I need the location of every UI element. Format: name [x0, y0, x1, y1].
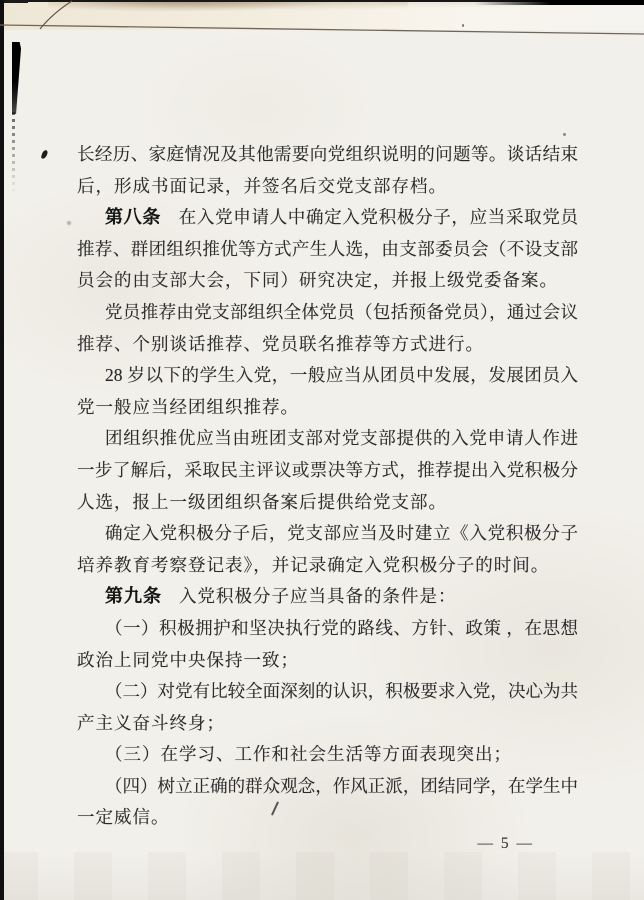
text-line: 第八条在入党申请人中确定入党积极分子，应当采取党员 [77, 202, 578, 234]
text-line: 后，形成书面记录，并签名后交党支部存档。 [77, 171, 578, 203]
text-line: 培养教育考察登记表》，并记录确定入党积极分子的时间。 [77, 550, 578, 582]
article-number-heading: 第九条 [105, 586, 162, 606]
text-line: 推荐、个别谈话推荐、党员联名推荐等方式进行。 [77, 329, 578, 361]
text-line: 党一般应当经团组织推荐。 [77, 392, 578, 424]
article-number-heading: 第八条 [105, 207, 161, 227]
binding-shadow-blob [12, 42, 21, 114]
text-line: （三）在学习、工作和社会生活等方面表现突出； [77, 739, 578, 771]
dust-speck [67, 221, 71, 225]
dust-speck [563, 133, 566, 136]
text-line: 一定威信。 [77, 802, 578, 834]
text-line: 推荐、群团组织推优等方式产生人选，由支部委员会（不设支部委 [77, 234, 578, 266]
text-line: 团组织推优应当由班团支部对党支部提供的入党申请人作进 [77, 423, 578, 455]
ink-speck-comma [41, 149, 49, 159]
text-line: 一步了解后，采取民主评议或票决等方式，推荐提出入党积极分子 [77, 455, 578, 487]
scan-top-edge-left [0, 0, 28, 3]
text-line: 产主义奋斗终身； [77, 708, 578, 740]
text-line: 确定入党积极分子后，党支部应当及时建立《入党积极分子 [77, 518, 578, 550]
document-body: 长经历、家庭情况及其他需要向党组织说明的问题等。谈话结束后，形成书面记录，并签名… [77, 139, 578, 834]
text-line: 第九条入党积极分子应当具备的条件是： [77, 581, 578, 613]
scanned-page: 长经历、家庭情况及其他需要向党组织说明的问题等。谈话结束后，形成书面记录，并签名… [0, 0, 644, 900]
text-line: 28 岁以下的学生入党，一般应当从团员中发展，发展团员入 [77, 360, 578, 392]
text-line: 党员推荐由党支部组织全体党员（包括预备党员），通过会议 [77, 297, 578, 329]
page-number: — 5 — [478, 835, 535, 853]
text-line: 政治上同党中央保持一致； [77, 645, 578, 677]
dust-speck [462, 24, 464, 27]
bottom-scan-mottle [0, 852, 644, 900]
text-line: 长经历、家庭情况及其他需要向党组织说明的问题等。谈话结束 [77, 139, 578, 171]
line-text: 入党积极分子应当具备的条件是： [179, 586, 457, 606]
text-line: （四）树立正确的群众观念，作风正派，团结同学，在学生中有 [77, 771, 578, 803]
scan-edge-left [0, 0, 4, 900]
line-text: 在入党申请人中确定入党积极分子，应当采取党员 [178, 207, 578, 227]
text-line: 人选，报上一级团组织备案后提供给党支部。 [77, 487, 578, 519]
text-line: 员会的由支部大会，下同）研究决定，并报上级党委备案。 [77, 265, 578, 297]
text-line: （一）积极拥护和坚决执行党的路线、方针、政策 ，在思想上、 [77, 613, 578, 645]
text-line: （二）对党有比较全面深刻的认识，积极要求入党，决心为共 [77, 676, 578, 708]
binding-shadow-tail [12, 112, 15, 194]
scan-top-edge-right [474, 0, 644, 5]
